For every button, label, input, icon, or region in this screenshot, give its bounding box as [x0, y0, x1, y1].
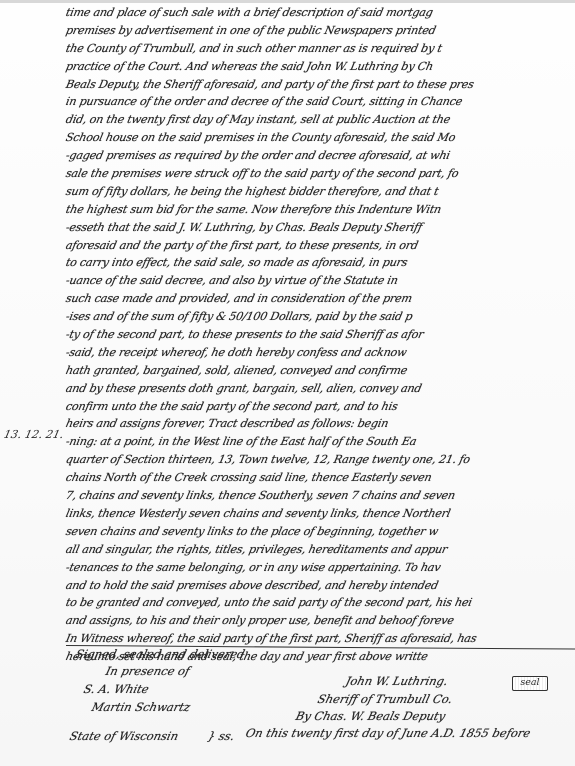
- deed-text-line: -ty of the second part, to these present…: [64, 326, 575, 344]
- margin-note-section-town-range: 13. 12. 21.: [3, 428, 65, 441]
- witness-2-signature: Martin Schwartz: [90, 700, 192, 714]
- deed-text-line: to carry into effect, the said sale, so …: [64, 254, 575, 272]
- deed-text-line: premises by advertisement in one of the …: [64, 22, 575, 40]
- deed-text-line: and assigns, to his and their only prope…: [64, 612, 575, 630]
- deed-text-line: -esseth that the said J. W. Luthring, by…: [64, 219, 575, 237]
- deed-text-line: aforesaid and the party of the first par…: [64, 237, 575, 255]
- deed-text-line: did, on the twenty first day of May inst…: [64, 111, 575, 129]
- deed-text-line: and to hold the said premises above desc…: [64, 577, 575, 595]
- acknowledgment-text: On this twenty first day of June A.D. 18…: [244, 726, 532, 740]
- witness-1-signature: S. A. White: [82, 682, 150, 696]
- deed-text-line: -ning: at a point, in the West line of t…: [64, 433, 575, 451]
- grantor-signature: John W. Luthring.: [344, 674, 449, 688]
- deed-text-line: confirm unto the the said party of the s…: [64, 398, 575, 416]
- deed-text-line: links, thence Westerly seven chains and …: [64, 505, 575, 523]
- deed-text-line: all and singular, the rights, titles, pr…: [64, 541, 575, 559]
- grantor-title: Sheriff of Trumbull Co.: [316, 692, 454, 706]
- deed-text-line: heirs and assigns forever, Tract describ…: [64, 415, 575, 433]
- deed-text-line: sale the premises were struck off to the…: [64, 165, 575, 183]
- scanned-page: 13. 12. 21. time and place of such sale …: [0, 0, 575, 766]
- acknowledgment-ss: } ss.: [206, 729, 236, 743]
- deed-text-line: such case made and provided, and in cons…: [64, 290, 575, 308]
- deed-text-line: in pursuance of the order and decree of …: [64, 93, 575, 111]
- in-presence-of: In presence of: [104, 664, 191, 678]
- deed-text-line: sum of fifty dollars, he being the highe…: [64, 183, 575, 201]
- deed-text-line: School house on the said premises in the…: [64, 129, 575, 147]
- deed-text-line: to be granted and conveyed, unto the sai…: [64, 594, 575, 612]
- deed-text-line: seven chains and seventy links to the pl…: [64, 523, 575, 541]
- deed-text-line: 7, chains and seventy links, thence Sout…: [64, 487, 575, 505]
- signed-sealed-delivered: Signed, sealed and delivered: [74, 647, 246, 661]
- deed-text-line: the highest sum bid for the same. Now th…: [64, 201, 575, 219]
- acknowledgment-state: State of Wisconsin: [68, 729, 180, 743]
- deed-text-line: time and place of such sale with a brief…: [64, 4, 575, 22]
- seal-mark: seal: [512, 676, 548, 691]
- deed-text-line: Beals Deputy, the Sheriff aforesaid, and…: [64, 76, 575, 94]
- deed-text-line: chains North of the Creek crossing said …: [64, 469, 575, 487]
- deed-text-line: practice of the Court. And whereas the s…: [64, 58, 575, 76]
- deed-body-text: time and place of such sale with a brief…: [64, 4, 572, 666]
- deed-text-line: -gaged premises as required by the order…: [64, 147, 575, 165]
- deputy-signature: By Chas. W. Beals Deputy: [294, 709, 447, 723]
- deed-text-line: quarter of Section thirteen, 13, Town tw…: [64, 451, 575, 469]
- deed-text-line: -tenances to the same belonging, or in a…: [64, 559, 575, 577]
- deed-text-line: hath granted, bargained, sold, aliened, …: [64, 362, 575, 380]
- deed-text-line: -said, the receipt whereof, he doth here…: [64, 344, 575, 362]
- deed-text-line: the County of Trumbull, and in such othe…: [64, 40, 575, 58]
- deed-text-line: and by these presents doth grant, bargai…: [64, 380, 575, 398]
- deed-text-line: -ises and of the sum of fifty & 50/100 D…: [64, 308, 575, 326]
- scan-edge: [0, 0, 575, 3]
- deed-text-line: -uance of the said decree, and also by v…: [64, 272, 575, 290]
